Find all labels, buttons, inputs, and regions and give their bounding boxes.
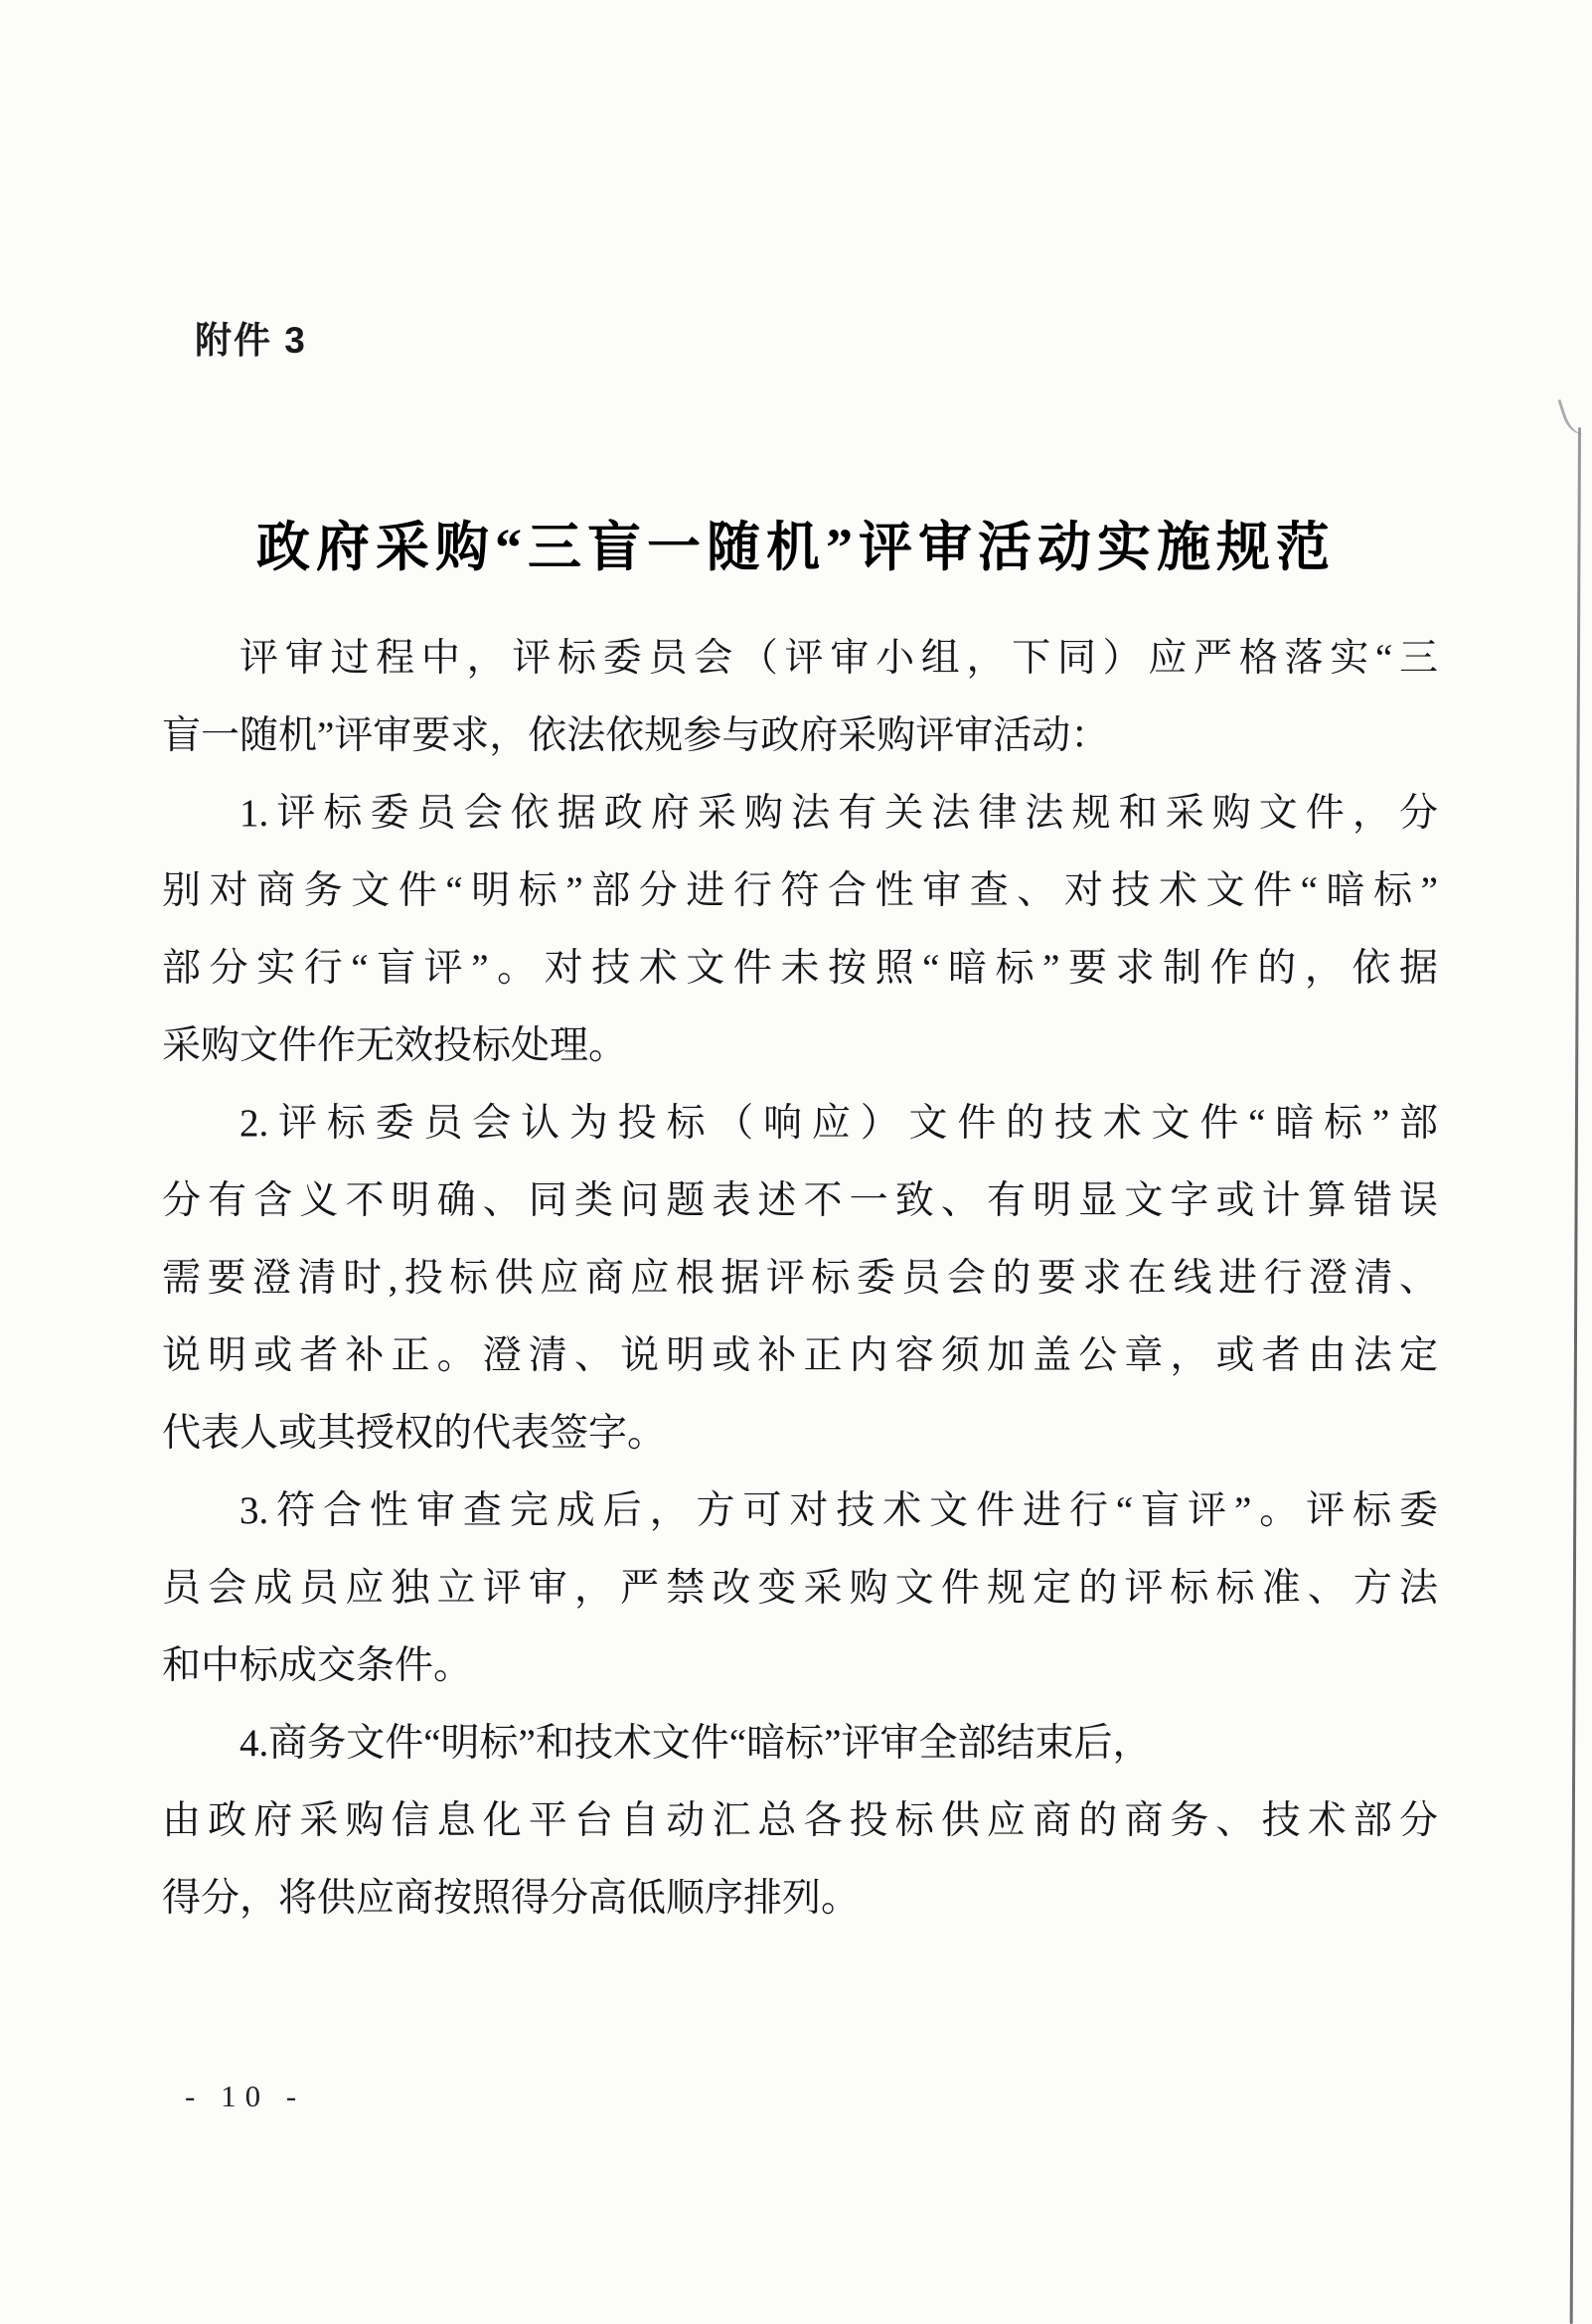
body-line: 1.评标委员会依据政府采购法有关法律法规和采购文件，分: [162, 775, 1438, 852]
body-line: 代表人或其授权的代表签字。: [162, 1395, 1438, 1472]
document-body: 评审过程中，评标委员会（评审小组，下同）应严格落实“三 盲一随机”评审要求，依法…: [162, 620, 1438, 1937]
document-title: 政府采购“三盲一随机”评审活动实施规范: [0, 505, 1592, 581]
body-line: 4.商务文件“明标”和技术文件“暗标”评审全部结束后，: [162, 1705, 1438, 1782]
body-line: 得分，将供应商按照得分高低顺序排列。: [162, 1860, 1438, 1937]
body-line: 说明或者补正。澄清、说明或补正内容须加盖公章，或者由法定: [162, 1317, 1438, 1395]
body-line: 别对商务文件“明标”部分进行符合性审查、对技术文件“暗标”: [162, 852, 1438, 930]
page-number: - 10 -: [185, 2079, 305, 2114]
scan-edge-artifact: [1557, 392, 1592, 438]
body-line: 员会成员应独立评审，严禁改变采购文件规定的评标标准、方法: [162, 1550, 1438, 1627]
body-line: 由政府采购信息化平台自动汇总各投标供应商的商务、技术部分: [162, 1782, 1438, 1860]
body-line: 和中标成交条件。: [162, 1627, 1438, 1705]
scanned-document-page: 附件 3 政府采购“三盲一随机”评审活动实施规范 评审过程中，评标委员会（评审小…: [0, 0, 1592, 2324]
body-line: 2.评标委员会认为投标（响应）文件的技术文件“暗标”部: [162, 1085, 1438, 1162]
body-line: 3.符合性审查完成后，方可对技术文件进行“盲评”。评标委: [162, 1472, 1438, 1550]
body-line: 需要澄清时,投标供应商应根据评标委员会的要求在线进行澄清、: [162, 1240, 1438, 1317]
body-line: 评审过程中，评标委员会（评审小组，下同）应严格落实“三: [162, 620, 1438, 697]
attachment-label: 附件 3: [195, 310, 307, 364]
body-line: 盲一随机”评审要求，依法依规参与政府采购评审活动：: [162, 697, 1438, 775]
body-line: 采购文件作无效投标处理。: [162, 1007, 1438, 1085]
scan-edge-shadow: [1570, 427, 1581, 2324]
body-line: 部分实行“盲评”。对技术文件未按照“暗标”要求制作的，依据: [162, 930, 1438, 1007]
body-line: 分有含义不明确、同类问题表述不一致、有明显文字或计算错误: [162, 1162, 1438, 1240]
